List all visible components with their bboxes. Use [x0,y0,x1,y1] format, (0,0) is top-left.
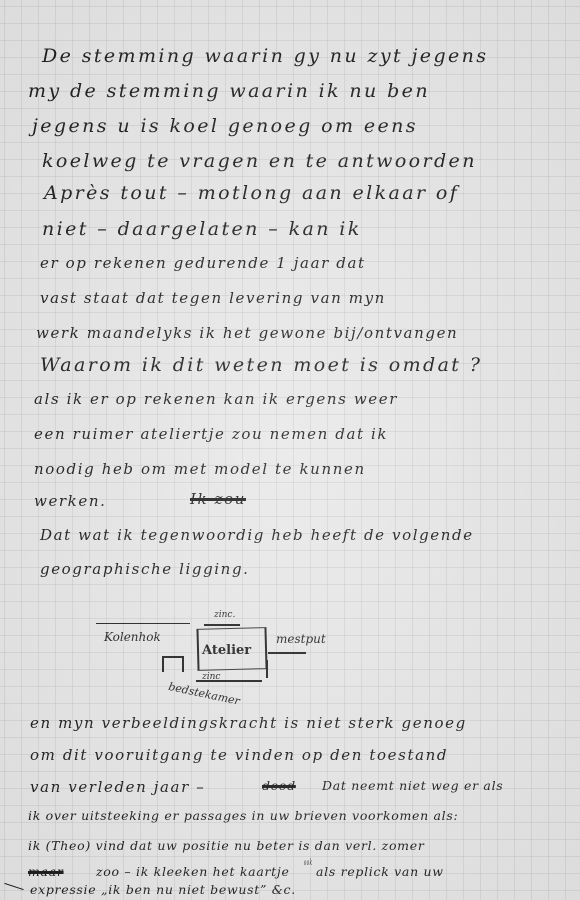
text-line-19: van verleden jaar – [30,778,205,796]
text-line-13: noodig heb om met model te kunnen [34,460,366,478]
struck-text-maar: maar [28,864,64,879]
text-line-11: als ik er op rekenen kan ik ergens weer [34,390,398,408]
label-zinc-top: zinc. [214,610,235,620]
text-line-10: Waarom ik dit weten moet is omdat ? [40,354,482,376]
text-line-7: er op rekenen gedurende 1 jaar dat [40,254,366,272]
text-line-16: geographische ligging. [40,560,250,578]
label-atelier: Atelier [202,643,251,658]
text-line-6: niet – daargelaten – kan ik [42,218,362,240]
text-line-1: De stemming waarin gy nu zyt jegens [42,45,488,67]
text-line-8: vast staat dat tegen levering van myn [40,289,386,307]
sketch-line [266,660,268,678]
label-bedstekamer: bedstekamer [167,680,241,708]
label-kolenhok: Kolenhok [104,630,161,644]
letter-page: De stemming waarin gy nu zyt jegens my d… [0,0,580,900]
sketch-line [268,652,306,654]
text-line-12: een ruimer ateliertje zou nemen dat ik [34,425,388,443]
text-line-14: werken. [34,492,106,510]
text-line-19b: Dat neemt niet weg er als [322,778,503,793]
margin-stroke [4,883,23,890]
floor-plan-sketch: Kolenhok zinc. Atelier zinc mestput beds… [80,600,380,710]
text-line-21: ik (Theo) vind dat uw positie nu beter i… [28,838,425,853]
text-line-22: zoo – ik kleeken het kaartje [96,864,290,879]
text-line-5: Après tout – motlong aan elkaar of [44,182,459,204]
sketch-line [196,680,262,682]
sketch-line [204,624,240,626]
struck-text-ik-zou: Ik zou [190,490,246,508]
text-line-22b: als replick van uw [316,864,444,879]
text-line-9: werk maandelyks ik het gewone bij/ontvan… [36,324,458,342]
text-line-4: koelweg te vragen en te antwoorden [42,150,477,172]
text-line-18: om dit vooruitgang te vinden op den toes… [30,746,448,764]
text-line-20: ik over uitsteeking er passages in uw br… [28,808,458,823]
sketch-line [96,623,190,624]
text-line-15: Dat wat ik tegenwoordig heb heeft de vol… [40,526,474,544]
bed-box [162,656,184,672]
text-line-2: my de stemming waarin ik nu ben [28,80,430,102]
text-line-17: en myn verbeeldingskracht is niet sterk … [30,714,467,732]
struck-text-dood: dood [262,778,296,793]
label-mestput: mestput [276,632,326,646]
text-line-3: jegens u is koel genoeg om eens [32,115,418,137]
text-line-23: expressie „ik ben nu niet bewust” &c. [30,882,296,897]
